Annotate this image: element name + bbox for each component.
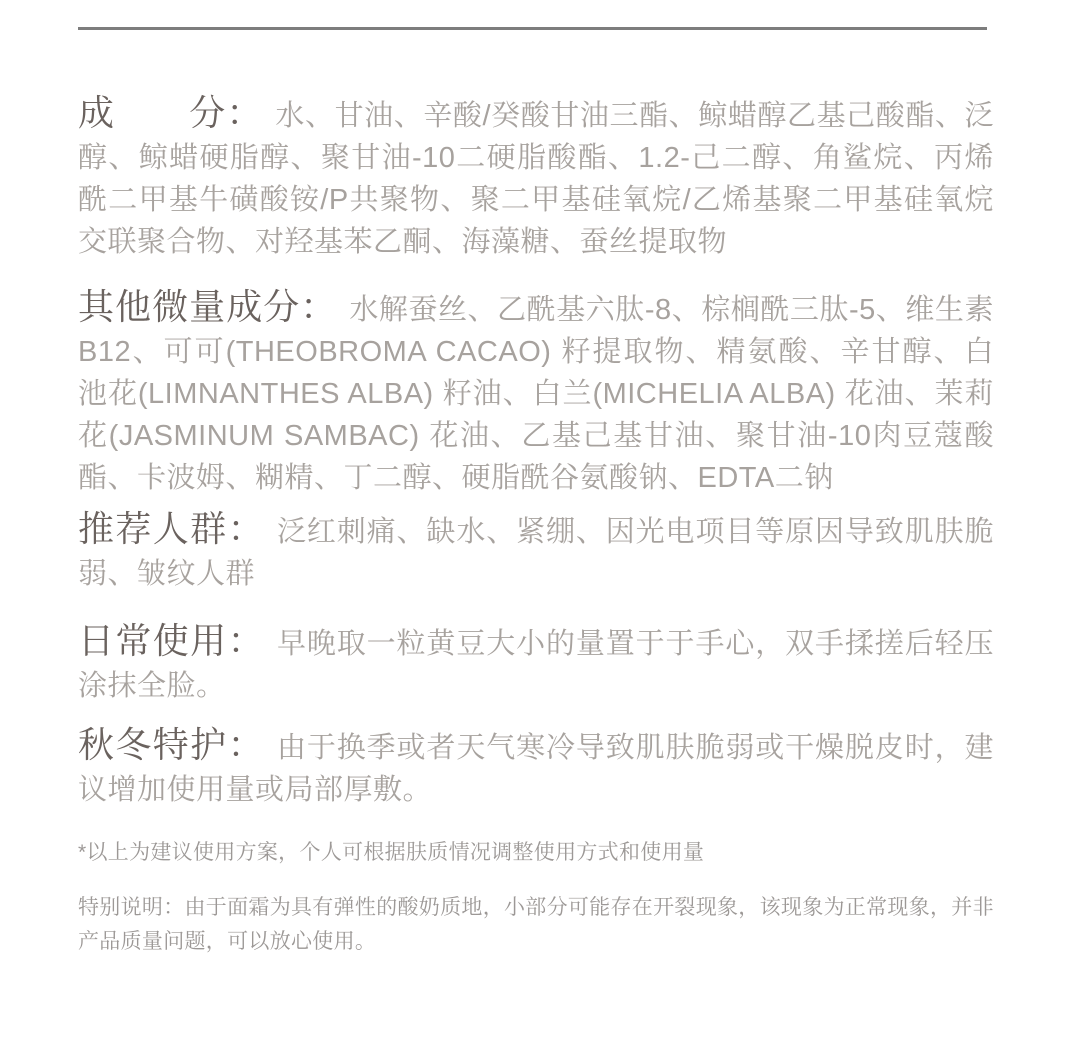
section-daily-use-heading: 日常使用： bbox=[78, 620, 265, 661]
usage-disclaimer-note: *以上为建议使用方案，个人可根据肤质情况调整使用方式和使用量 bbox=[78, 836, 1003, 870]
section-autumn-winter-care: 秋冬特护：由于换季或者天气寒冷导致肌肤脆弱或干燥脱皮时，建议增加使用量或局部厚敷… bbox=[78, 724, 994, 811]
section-recommended-users: 推荐人群：泛红刺痛、缺水、紧绷、因光电项目等原因导致肌肤脆弱、皱纹人群 bbox=[78, 508, 994, 595]
top-divider-line bbox=[78, 27, 987, 30]
product-description-page: 成 分：水、甘油、辛酸/癸酸甘油三酯、鲸蜡醇乙基己酸酯、泛醇、鲸蜡硬脂醇、聚甘油… bbox=[0, 0, 1080, 1042]
section-ingredients-heading: 成 分： bbox=[78, 92, 263, 133]
section-daily-use: 日常使用：早晚取一粒黄豆大小的量置于于手心，双手揉搓后轻压涂抹全脸。 bbox=[78, 620, 994, 707]
section-trace-ingredients: 其他微量成分：水解蚕丝、乙酰基六肽-8、棕榈酰三肽-5、维生素B12、可可(TH… bbox=[78, 286, 994, 499]
special-instructions-note: 特别说明：由于面霜为具有弹性的酸奶质地，小部分可能存在开裂现象，该现象为正常现象… bbox=[78, 891, 1003, 959]
section-autumn-winter-care-heading: 秋冬特护： bbox=[78, 724, 265, 765]
section-recommended-users-heading: 推荐人群： bbox=[78, 508, 265, 549]
section-trace-ingredients-heading: 其他微量成分： bbox=[78, 286, 337, 327]
section-ingredients: 成 分：水、甘油、辛酸/癸酸甘油三酯、鲸蜡醇乙基己酸酯、泛醇、鲸蜡硬脂醇、聚甘油… bbox=[78, 92, 994, 263]
